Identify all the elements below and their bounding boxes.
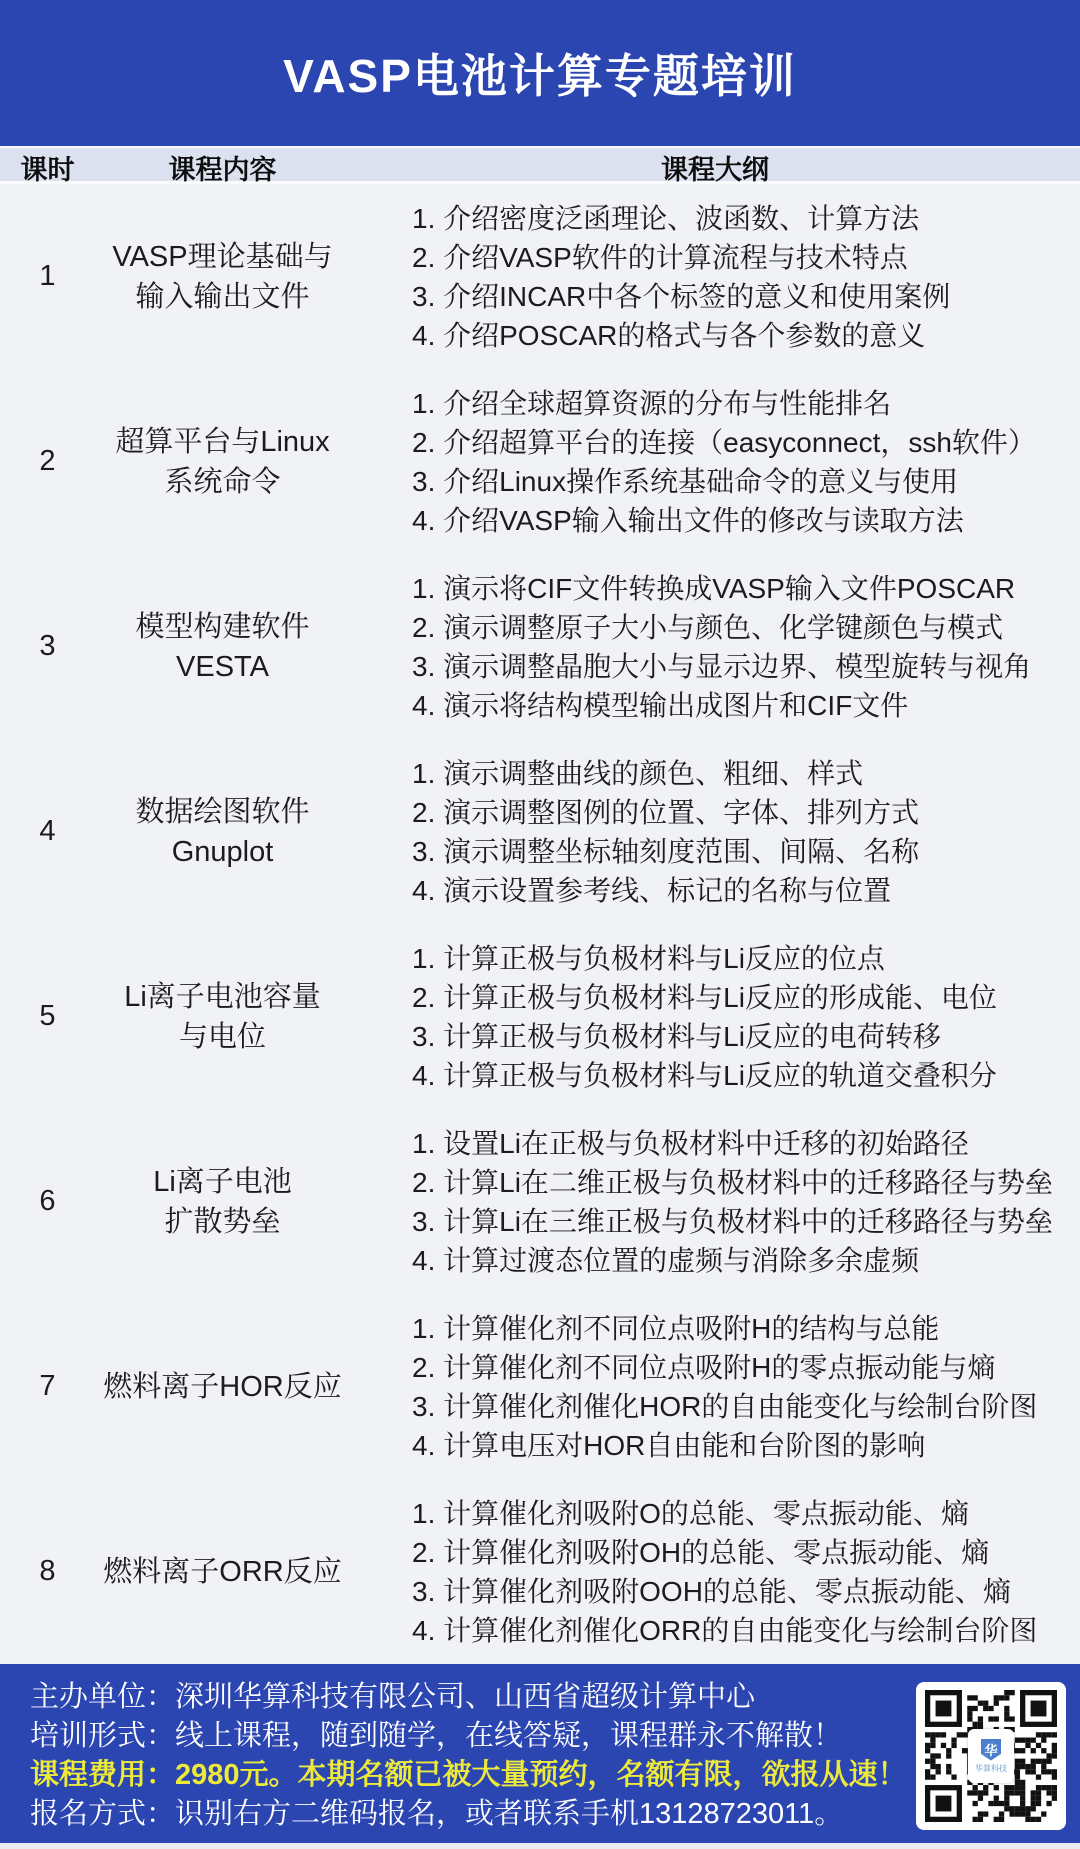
poster: VASP电池计算专题培训 课时 课程内容 课程大纲 1 VASP理论基础与输入输… [0, 0, 1080, 1849]
outline-item: 1. 介绍全球超算资源的分布与性能排名 [412, 384, 1080, 423]
footer-line-label: 课程费用： [30, 1759, 175, 1791]
outline-item: 1. 计算催化剂不同位点吸附H的结构与总能 [412, 1309, 1080, 1348]
footer-line-label: 主办单位： [30, 1681, 175, 1713]
content-line: Gnuplot [95, 832, 350, 872]
outline-item: 1. 介绍密度泛函理论、波函数、计算方法 [412, 199, 1080, 238]
row-content: 数据绘图软件Gnuplot [95, 792, 350, 872]
page-title: VASP电池计算专题培训 [283, 40, 797, 106]
registration-qr-code: 华 华算科技 [916, 1682, 1066, 1830]
footer-line-text: 2980元。本期名额已被大量预约，名额有限，欲报从速！ [175, 1759, 907, 1791]
content-line: 扩散势垒 [95, 1202, 350, 1242]
table-header-row: 课时 课程内容 课程大纲 [0, 146, 1080, 184]
outline-item: 1. 计算催化剂吸附O的总能、零点振动能、熵 [412, 1494, 1080, 1533]
title-banner: VASP电池计算专题培训 [0, 0, 1080, 146]
footer-banner: 主办单位：深圳华算科技有限公司、山西省超级计算中心 培训形式：线上课程，随到随学… [0, 1664, 1080, 1843]
row-content: 燃料离子HOR反应 [95, 1367, 350, 1407]
row-outline: 1. 计算催化剂不同位点吸附H的结构与总能2. 计算催化剂不同位点吸附H的零点振… [350, 1309, 1080, 1465]
row-content: 燃料离子ORR反应 [95, 1552, 350, 1592]
footer-line-label: 报名方式： [30, 1798, 175, 1830]
outline-item: 2. 计算Li在二维正极与负极材料中的迁移路径与势垒 [412, 1163, 1080, 1202]
outline-item: 4. 介绍VASP输入输出文件的修改与读取方法 [412, 501, 1080, 540]
table-row: 7 燃料离子HOR反应 1. 计算催化剂不同位点吸附H的结构与总能2. 计算催化… [0, 1294, 1080, 1479]
outline-item: 1. 演示将CIF文件转换成VASP输入文件POSCAR [412, 569, 1080, 608]
outline-item: 2. 计算催化剂吸附OH的总能、零点振动能、熵 [412, 1533, 1080, 1572]
bottom-border [0, 1843, 1080, 1849]
table-row: 1 VASP理论基础与输入输出文件 1. 介绍密度泛函理论、波函数、计算方法2.… [0, 184, 1080, 369]
row-outline: 1. 计算正极与负极材料与Li反应的位点2. 计算正极与负极材料与Li反应的形成… [350, 939, 1080, 1095]
column-header-hours: 课时 [0, 148, 95, 187]
outline-item: 2. 演示调整图例的位置、字体、排列方式 [412, 793, 1080, 832]
table-body: 1 VASP理论基础与输入输出文件 1. 介绍密度泛函理论、波函数、计算方法2.… [0, 184, 1080, 1664]
row-hours: 5 [0, 1000, 95, 1033]
content-line: 输入输出文件 [95, 277, 350, 317]
footer-line-label: 培训形式： [30, 1720, 175, 1752]
row-content: VASP理论基础与输入输出文件 [95, 237, 350, 317]
outline-item: 4. 演示设置参考线、标记的名称与位置 [412, 871, 1080, 910]
outline-item: 1. 设置Li在正极与负极材料中迁移的初始路径 [412, 1124, 1080, 1163]
outline-item: 3. 演示调整晶胞大小与显示边界、模型旋转与视角 [412, 647, 1080, 686]
outline-item: 4. 计算电压对HOR自由能和台阶图的影响 [412, 1426, 1080, 1465]
row-outline: 1. 计算催化剂吸附O的总能、零点振动能、熵2. 计算催化剂吸附OH的总能、零点… [350, 1494, 1080, 1650]
outline-item: 4. 介绍POSCAR的格式与各个参数的意义 [412, 316, 1080, 355]
row-outline: 1. 演示将CIF文件转换成VASP输入文件POSCAR2. 演示调整原子大小与… [350, 569, 1080, 725]
outline-item: 3. 计算催化剂催化HOR的自由能变化与绘制台阶图 [412, 1387, 1080, 1426]
outline-item: 4. 计算正极与负极材料与Li反应的轨道交叠积分 [412, 1056, 1080, 1095]
outline-item: 3. 计算正极与负极材料与Li反应的电荷转移 [412, 1017, 1080, 1056]
content-line: Li离子电池容量 [95, 977, 350, 1017]
outline-item: 3. 演示调整坐标轴刻度范围、间隔、名称 [412, 832, 1080, 871]
row-hours: 3 [0, 630, 95, 663]
content-line: VESTA [95, 647, 350, 687]
content-line: Li离子电池 [95, 1162, 350, 1202]
row-outline: 1. 设置Li在正极与负极材料中迁移的初始路径2. 计算Li在二维正极与负极材料… [350, 1124, 1080, 1280]
content-line: 系统命令 [95, 462, 350, 502]
row-hours: 2 [0, 445, 95, 478]
outline-item: 2. 介绍VASP软件的计算流程与技术特点 [412, 238, 1080, 277]
row-hours: 1 [0, 260, 95, 293]
row-hours: 4 [0, 815, 95, 848]
content-line: 数据绘图软件 [95, 792, 350, 832]
content-line: 与电位 [95, 1017, 350, 1057]
outline-item: 2. 介绍超算平台的连接（easyconnect，ssh软件） [412, 423, 1080, 462]
row-content: 超算平台与Linux系统命令 [95, 422, 350, 502]
outline-item: 3. 介绍Linux操作系统基础命令的意义与使用 [412, 462, 1080, 501]
table-row: 2 超算平台与Linux系统命令 1. 介绍全球超算资源的分布与性能排名2. 介… [0, 369, 1080, 554]
outline-item: 2. 计算催化剂不同位点吸附H的零点振动能与熵 [412, 1348, 1080, 1387]
footer-line-text: 深圳华算科技有限公司、山西省超级计算中心 [175, 1681, 755, 1713]
row-hours: 6 [0, 1185, 95, 1218]
footer-line-text: 线上课程，随到随学，在线答疑，课程群永不解散！ [175, 1720, 842, 1752]
outline-item: 1. 演示调整曲线的颜色、粗细、样式 [412, 754, 1080, 793]
table-row: 3 模型构建软件VESTA 1. 演示将CIF文件转换成VASP输入文件POSC… [0, 554, 1080, 739]
column-header-outline: 课程大纲 [350, 148, 1080, 187]
outline-item: 4. 演示将结构模型输出成图片和CIF文件 [412, 686, 1080, 725]
outline-item: 3. 介绍INCAR中各个标签的意义和使用案例 [412, 277, 1080, 316]
row-hours: 8 [0, 1555, 95, 1588]
row-hours: 7 [0, 1370, 95, 1403]
content-line: 模型构建软件 [95, 607, 350, 647]
row-content: Li离子电池容量与电位 [95, 977, 350, 1057]
column-header-content: 课程内容 [95, 148, 350, 187]
row-outline: 1. 介绍全球超算资源的分布与性能排名2. 介绍超算平台的连接（easyconn… [350, 384, 1080, 540]
outline-item: 3. 计算催化剂吸附OOH的总能、零点振动能、熵 [412, 1572, 1080, 1611]
content-line: 燃料离子HOR反应 [95, 1367, 350, 1407]
content-line: VASP理论基础与 [95, 237, 350, 277]
row-content: Li离子电池扩散势垒 [95, 1162, 350, 1242]
outline-item: 3. 计算Li在三维正极与负极材料中的迁移路径与势垒 [412, 1202, 1080, 1241]
footer-line-text: 识别右方二维码报名，或者联系手机13128723011。 [175, 1798, 843, 1830]
outline-item: 1. 计算正极与负极材料与Li反应的位点 [412, 939, 1080, 978]
content-line: 超算平台与Linux [95, 422, 350, 462]
row-outline: 1. 演示调整曲线的颜色、粗细、样式2. 演示调整图例的位置、字体、排列方式3.… [350, 754, 1080, 910]
qr-center-logo: 华 华算科技 [968, 1729, 1014, 1783]
qr-logo-text: 华算科技 [975, 1763, 1007, 1774]
row-outline: 1. 介绍密度泛函理论、波函数、计算方法2. 介绍VASP软件的计算流程与技术特… [350, 199, 1080, 355]
table-row: 5 Li离子电池容量与电位 1. 计算正极与负极材料与Li反应的位点2. 计算正… [0, 924, 1080, 1109]
table-row: 6 Li离子电池扩散势垒 1. 设置Li在正极与负极材料中迁移的初始路径2. 计… [0, 1109, 1080, 1294]
content-line: 燃料离子ORR反应 [95, 1552, 350, 1592]
outline-item: 2. 演示调整原子大小与颜色、化学键颜色与模式 [412, 608, 1080, 647]
shield-icon: 华 [981, 1739, 1001, 1761]
row-content: 模型构建软件VESTA [95, 607, 350, 687]
outline-item: 4. 计算催化剂催化ORR的自由能变化与绘制台阶图 [412, 1611, 1080, 1650]
outline-item: 2. 计算正极与负极材料与Li反应的形成能、电位 [412, 978, 1080, 1017]
table-row: 4 数据绘图软件Gnuplot 1. 演示调整曲线的颜色、粗细、样式2. 演示调… [0, 739, 1080, 924]
table-row: 8 燃料离子ORR反应 1. 计算催化剂吸附O的总能、零点振动能、熵2. 计算催… [0, 1479, 1080, 1664]
outline-item: 4. 计算过渡态位置的虚频与消除多余虚频 [412, 1241, 1080, 1280]
